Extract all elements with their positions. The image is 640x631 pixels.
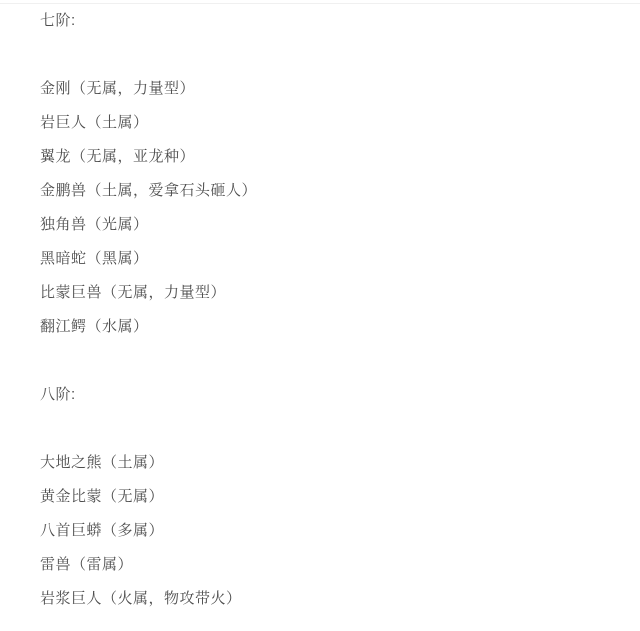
tier-8-section: 八阶: 大地之熊（土属） 黄金比蒙（无属） 八首巨蟒（多属） 雷兽（雷属） 岩浆… [40, 378, 610, 616]
monster-entry: 独角兽（光属） [40, 208, 610, 242]
monster-entry: 岩巨人（土属） [40, 106, 610, 140]
tier-7-heading: 七阶: [40, 4, 610, 38]
monster-entry: 翼龙（无属，亚龙种） [40, 140, 610, 174]
monster-entry: 雷兽（雷属） [40, 548, 610, 582]
monster-entry: 大地之熊（土属） [40, 446, 610, 480]
tier-7-section: 七阶: 金刚（无属，力量型） 岩巨人（土属） 翼龙（无属，亚龙种） 金鹏兽（土属… [40, 4, 610, 344]
tier-8-heading: 八阶: [40, 378, 610, 412]
monster-entry: 黑暗蛇（黑属） [40, 242, 610, 276]
monster-entry: 金刚（无属，力量型） [40, 72, 610, 106]
monster-entry: 八首巨蟒（多属） [40, 514, 610, 548]
monster-entry: 比蒙巨兽（无属，力量型） [40, 276, 610, 310]
monster-entry: 岩浆巨人（火属，物攻带火） [40, 582, 610, 616]
monster-entry: 黄金比蒙（无属） [40, 480, 610, 514]
monster-entry: 翻江鳄（水属） [40, 310, 610, 344]
monster-entry: 金鹏兽（土属，爱拿石头砸人） [40, 174, 610, 208]
monster-tier-article: 七阶: 金刚（无属，力量型） 岩巨人（土属） 翼龙（无属，亚龙种） 金鹏兽（土属… [0, 4, 640, 616]
